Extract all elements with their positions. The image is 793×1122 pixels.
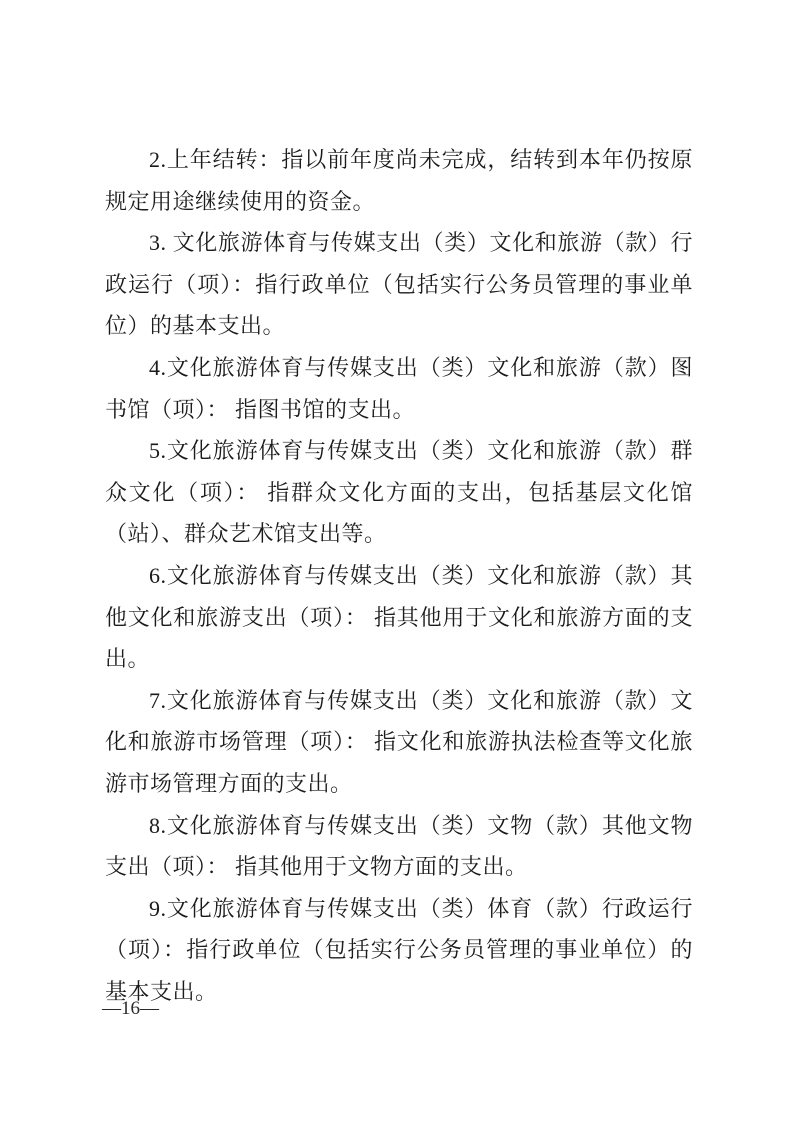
paragraph-market-management: 7.文化旅游体育与传媒支出（类）文化和旅游（款）文化和旅游市场管理（项）： 指文… <box>105 680 693 805</box>
paragraph-mass-culture: 5.文化旅游体育与传媒支出（类）文化和旅游（款）群众文化（项）： 指群众文化方面… <box>105 430 693 555</box>
page-number: —16— <box>102 998 159 1020</box>
paragraph-other-cultural-relics: 8.文化旅游体育与传媒支出（类）文物（款）其他文物支出（项）： 指其他用于文物方… <box>105 805 693 888</box>
document-page: 2.上年结转：指以前年度尚未完成，结转到本年仍按原规定用途继续使用的资金。 3.… <box>0 0 793 1122</box>
document-body: 2.上年结转：指以前年度尚未完成，结转到本年仍按原规定用途继续使用的资金。 3.… <box>105 139 693 1012</box>
paragraph-sports-admin: 9.文化旅游体育与传媒支出（类）体育（款）行政运行（项）：指行政单位（包括实行公… <box>105 888 693 1013</box>
paragraph-carryover-definition: 2.上年结转：指以前年度尚未完成，结转到本年仍按原规定用途继续使用的资金。 <box>105 139 693 222</box>
paragraph-library: 4.文化旅游体育与传媒支出（类）文化和旅游（款）图书馆（项）： 指图书馆的支出。 <box>105 347 693 430</box>
paragraph-admin-operation: 3. 文化旅游体育与传媒支出（类）文化和旅游（款）行政运行（项）：指行政单位（包… <box>105 222 693 347</box>
paragraph-other-culture-tourism: 6.文化旅游体育与传媒支出（类）文化和旅游（款）其他文化和旅游支出（项）： 指其… <box>105 555 693 680</box>
